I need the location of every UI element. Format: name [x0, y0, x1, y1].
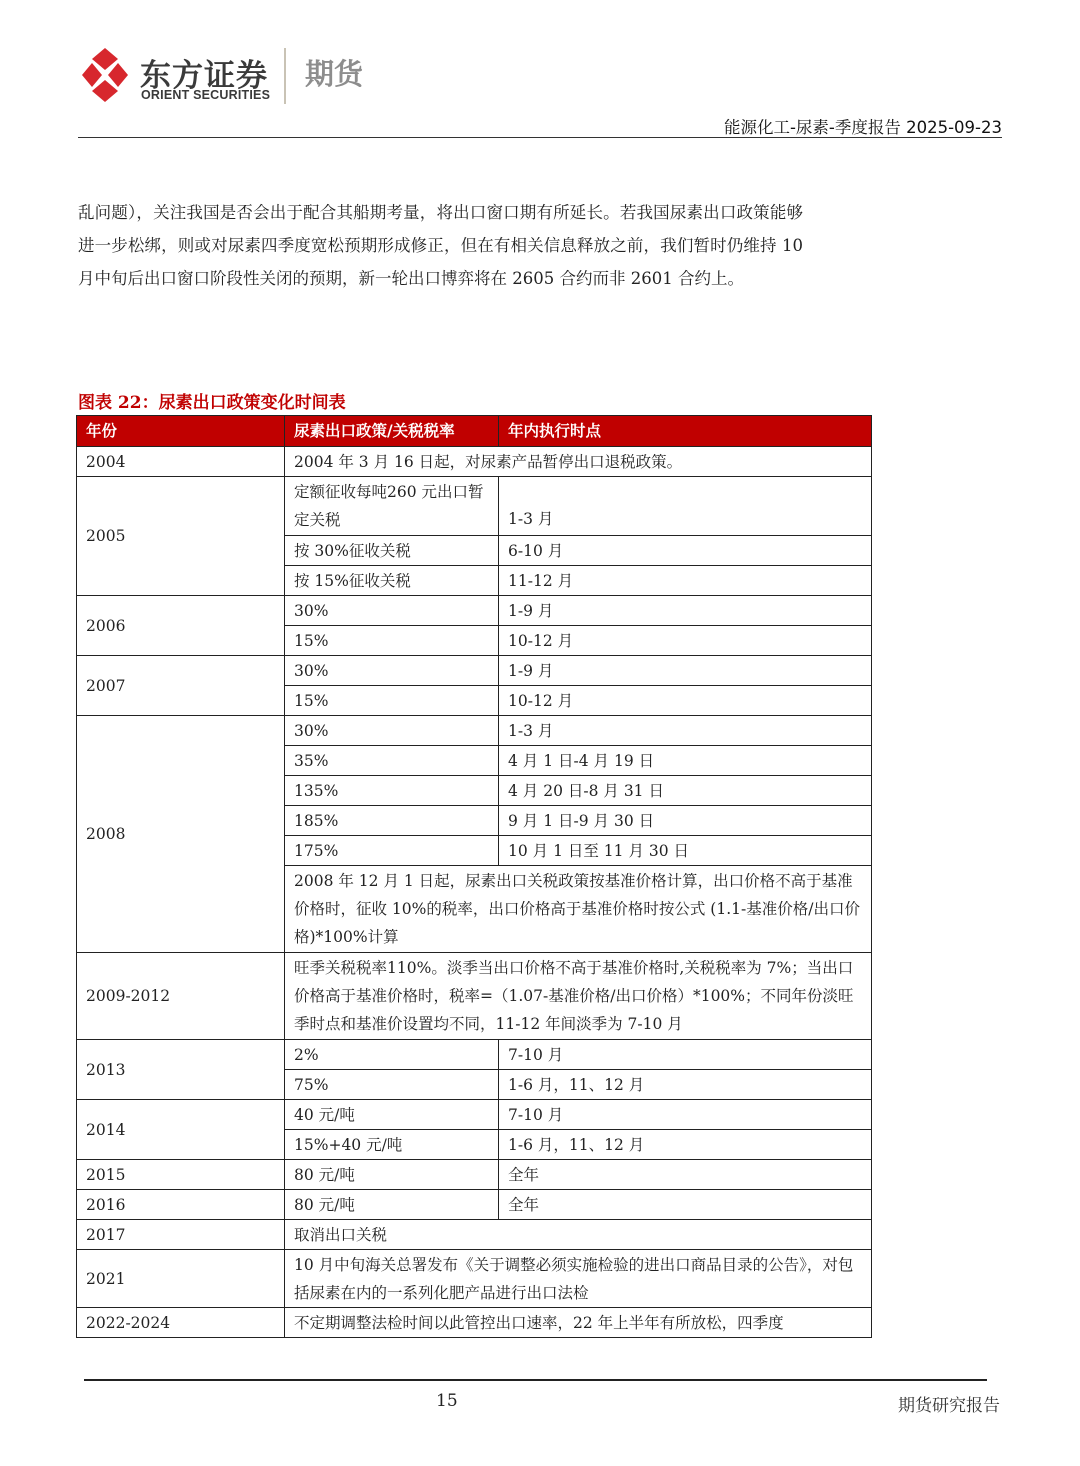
period-cell: 6-10 月: [499, 536, 872, 566]
policy-cell: 15%+40 元/吨: [285, 1130, 499, 1160]
report-title: 能源化工-尿素-季度报告 2025-09-23: [724, 114, 1002, 138]
policy-cell: 175%: [285, 836, 499, 866]
table-row: 2004 2004 年 3 月 16 日起，对尿素产品暂停出口退税政策。: [77, 447, 872, 477]
policy-cell: 30%: [285, 716, 499, 746]
policy-cell: 80 元/吨: [285, 1160, 499, 1190]
period-cell: 1-6 月，11、12 月: [499, 1070, 872, 1100]
division-label: 期货: [305, 52, 363, 93]
table-row: 2015 80 元/吨 全年: [77, 1160, 872, 1190]
header-divider: [78, 137, 1002, 138]
year-cell: 2015: [77, 1160, 285, 1190]
period-cell: 全年: [499, 1190, 872, 1220]
figure-caption: 图表 22：尿素出口政策变化时间表: [78, 388, 346, 413]
period-cell: 4 月 20 日-8 月 31 日: [499, 776, 872, 806]
column-header-period: 年内执行时点: [499, 416, 872, 447]
table-row: 2006 30% 1-9 月: [77, 596, 872, 626]
period-cell: 11-12 月: [499, 566, 872, 596]
footer-label: 期货研究报告: [898, 1391, 1000, 1416]
period-cell: 9 月 1 日-9 月 30 日: [499, 806, 872, 836]
policy-cell: 40 元/吨: [285, 1100, 499, 1130]
policy-cell: 80 元/吨: [285, 1190, 499, 1220]
year-cell: 2004: [77, 447, 285, 477]
table-row: 2016 80 元/吨 全年: [77, 1190, 872, 1220]
year-cell: 2017: [77, 1220, 285, 1250]
table-row: 2005 定额征收每吨260 元出口暂定关税 1-3 月: [77, 477, 872, 536]
policy-cell: 30%: [285, 596, 499, 626]
period-cell: 全年: [499, 1160, 872, 1190]
policy-cell: 30%: [285, 656, 499, 686]
table-header-row: 年份 尿素出口政策/关税税率 年内执行时点: [77, 416, 872, 447]
policy-cell: 35%: [285, 746, 499, 776]
year-cell: 2014: [77, 1100, 285, 1160]
period-cell: 1-3 月: [499, 477, 872, 536]
policy-cell: 取消出口关税: [285, 1220, 872, 1250]
table-row: 2007 30% 1-9 月: [77, 656, 872, 686]
year-cell: 2013: [77, 1040, 285, 1100]
year-cell: 2021: [77, 1250, 285, 1308]
period-cell: 1-9 月: [499, 596, 872, 626]
table-row: 2014 40 元/吨 7-10 月: [77, 1100, 872, 1130]
year-cell: 2016: [77, 1190, 285, 1220]
period-cell: 7-10 月: [499, 1100, 872, 1130]
period-cell: 1-3 月: [499, 716, 872, 746]
period-cell: 1-6 月，11、12 月: [499, 1130, 872, 1160]
policy-cell: 按 30%征收关税: [285, 536, 499, 566]
policy-cell: 75%: [285, 1070, 499, 1100]
table-row: 2017 取消出口关税: [77, 1220, 872, 1250]
period-cell: 4 月 1 日-4 月 19 日: [499, 746, 872, 776]
policy-cell: 10 月中旬海关总署发布《关于调整必须实施检验的进出口商品目录的公告》，对包括尿…: [285, 1250, 872, 1308]
footer-divider: [84, 1379, 987, 1381]
policy-note-cell: 2008 年 12 月 1 日起，尿素出口关税政策按基准价格计算，出口价格不高于…: [285, 866, 872, 953]
year-cell: 2006: [77, 596, 285, 656]
export-policy-table: 年份 尿素出口政策/关税税率 年内执行时点 2004 2004 年 3 月 16…: [76, 415, 872, 1338]
policy-cell: 旺季关税税率110%。淡季当出口价格不高于基准价格时,关税税率为 7%；当出口价…: [285, 953, 872, 1040]
period-cell: 10-12 月: [499, 626, 872, 656]
year-cell: 2008: [77, 716, 285, 953]
policy-cell: 2%: [285, 1040, 499, 1070]
year-cell: 2007: [77, 656, 285, 716]
brand-separator: [284, 48, 286, 104]
year-cell: 2009-2012: [77, 953, 285, 1040]
table-row: 2022-2024 不定期调整法检时间以此管控出口速率，22 年上半年有所放松，…: [77, 1308, 872, 1338]
period-cell: 10 月 1 日至 11 月 30 日: [499, 836, 872, 866]
brand-name-en: ORIENT SECURITIES: [141, 88, 270, 102]
column-header-year: 年份: [77, 416, 285, 447]
page-number: 15: [436, 1391, 458, 1411]
policy-cell: 135%: [285, 776, 499, 806]
body-paragraph: 乱问题），关注我国是否会出于配合其船期考量，将出口窗口期有所延长。若我国尿素出口…: [78, 196, 803, 295]
period-cell: 7-10 月: [499, 1040, 872, 1070]
policy-cell: 185%: [285, 806, 499, 836]
period-cell: 1-9 月: [499, 656, 872, 686]
year-cell: 2005: [77, 477, 285, 596]
policy-cell: 定额征收每吨260 元出口暂定关税: [285, 477, 499, 536]
policy-cell: 2004 年 3 月 16 日起，对尿素产品暂停出口退税政策。: [285, 447, 872, 477]
policy-cell: 15%: [285, 686, 499, 716]
table-row: 2013 2% 7-10 月: [77, 1040, 872, 1070]
column-header-policy: 尿素出口政策/关税税率: [285, 416, 499, 447]
year-cell: 2022-2024: [77, 1308, 285, 1338]
table-row: 2021 10 月中旬海关总署发布《关于调整必须实施检验的进出口商品目录的公告》…: [77, 1250, 872, 1308]
table-row: 2008 30% 1-3 月: [77, 716, 872, 746]
policy-cell: 按 15%征收关税: [285, 566, 499, 596]
orient-securities-logo-icon: [78, 46, 132, 104]
policy-cell: 15%: [285, 626, 499, 656]
table-row: 2009-2012 旺季关税税率110%。淡季当出口价格不高于基准价格时,关税税…: [77, 953, 872, 1040]
policy-cell: 不定期调整法检时间以此管控出口速率，22 年上半年有所放松，四季度: [285, 1308, 872, 1338]
period-cell: 10-12 月: [499, 686, 872, 716]
